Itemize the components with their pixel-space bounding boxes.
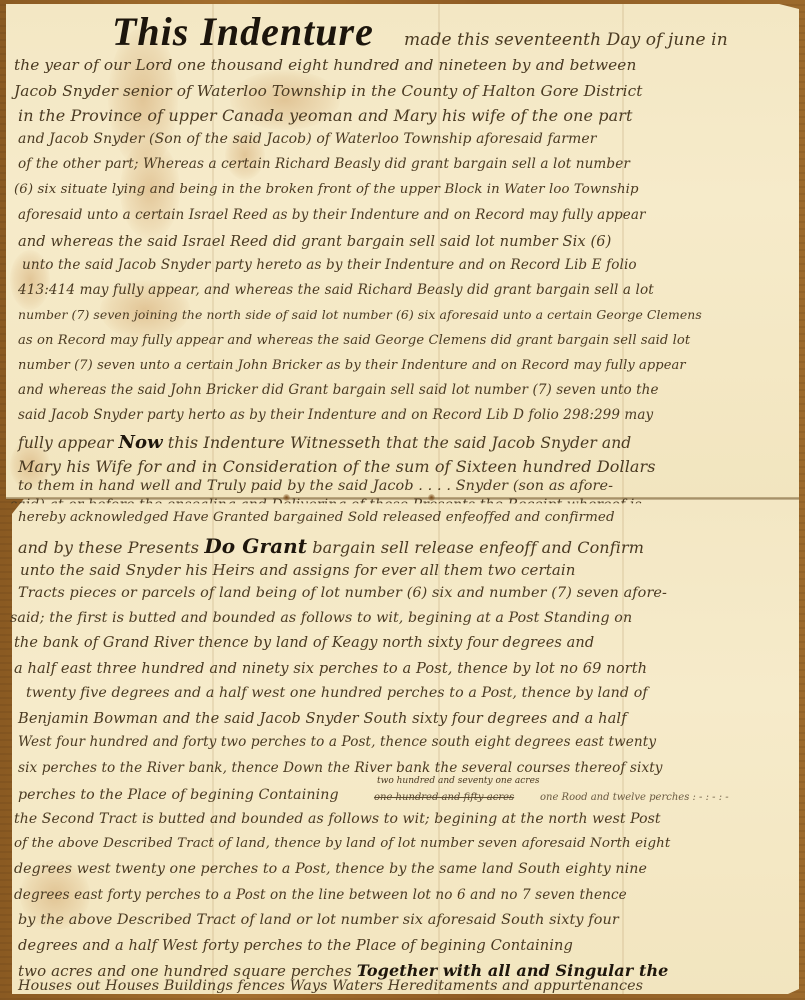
text-line: number (7) seven unto a certain John Bri… — [18, 358, 686, 373]
text-line: to them in hand well and Truly paid by t… — [18, 478, 613, 494]
struck-through-text: one hundred and fifty acres — [374, 792, 514, 803]
text-line: unto the said Jacob Snyder party hereto … — [22, 257, 637, 273]
text-fragment: and by these Presents — [18, 538, 199, 557]
text-line: and Jacob Snyder (Son of the said Jacob)… — [18, 131, 597, 147]
text-line: Jacob Snyder senior of Waterloo Township… — [14, 82, 643, 100]
document-text: This Indenture made this seventeenth Day… — [0, 0, 805, 1000]
text-line: of the other part; Whereas a certain Ric… — [18, 156, 630, 172]
text-line: in the Province of upper Canada yeoman a… — [18, 106, 633, 125]
text-fragment: fully appear — [18, 434, 113, 452]
text-line: said; the first is butted and bounded as… — [10, 610, 632, 626]
text-fragment: one Rood and twelve perches : - : - : - — [540, 792, 729, 803]
emphasized-phrase: Do Grant — [204, 534, 307, 558]
text-line: twenty five degrees and a half west one … — [26, 685, 648, 701]
text-line: Houses out Houses Buildings fences Ways … — [18, 978, 643, 994]
text-fragment: bargain sell release enfeoff and Confirm — [312, 538, 644, 557]
text-line: the bank of Grand River thence by land o… — [14, 635, 594, 651]
emphasized-phrase: this Indenture Witnesseth — [168, 433, 381, 452]
text-line: aforesaid unto a certain Israel Reed as … — [18, 207, 646, 223]
text-line: degrees west twenty one perches to a Pos… — [14, 861, 647, 877]
text-line: and by these Presents Do Grant bargain s… — [18, 534, 644, 558]
text-fragment: that the said Jacob Snyder and — [386, 434, 631, 452]
text-line: number (7) seven joining the north side … — [18, 307, 702, 322]
text-line: hereby acknowledged Have Granted bargain… — [18, 510, 615, 525]
text-line: and whereas the said John Bricker did Gr… — [18, 382, 659, 398]
text-line: said Jacob Snyder party herto as by thei… — [18, 407, 653, 423]
text-line: (6) six situate lying and being in the b… — [14, 182, 639, 197]
text-line: as on Record may fully appear and wherea… — [18, 333, 690, 348]
text-line: degrees east forty perches to a Post on … — [14, 887, 627, 903]
text-line: perches to the Place of begining Contain… — [18, 787, 339, 803]
text-line: by the above Described Tract of land or … — [18, 912, 619, 928]
text-line: of the above Described Tract of land, th… — [14, 836, 670, 851]
text-line: made this seventeenth Day of june in — [404, 30, 728, 50]
text-line: degrees and a half West forty perches to… — [18, 937, 573, 954]
text-line: the year of our Lord one thousand eight … — [14, 56, 636, 74]
text-line: the Second Tract is butted and bounded a… — [14, 811, 661, 827]
text-line: and whereas the said Israel Reed did gra… — [18, 233, 611, 250]
text-line: unto the said Snyder his Heirs and assig… — [20, 561, 576, 579]
text-line: fully appear Now this Indenture Witnesse… — [18, 432, 631, 453]
interlinear-insertion: two hundred and seventy one acres — [377, 776, 540, 786]
text-line: Mary his Wife for and in Consideration o… — [18, 457, 656, 476]
text-line: 413:414 may fully appear, and whereas th… — [18, 282, 654, 298]
text-line: a half east three hundred and ninety six… — [14, 660, 647, 677]
text-line: Benjamin Bowman and the said Jacob Snyde… — [18, 710, 627, 727]
emphasized-word: Now — [118, 432, 162, 453]
text-line: West four hundred and forty two perches … — [18, 734, 656, 750]
document-title: This Indenture — [112, 8, 374, 55]
text-line: six perches to the River bank, thence Do… — [18, 760, 663, 776]
text-line: Tracts pieces or parcels of land being o… — [18, 585, 667, 601]
